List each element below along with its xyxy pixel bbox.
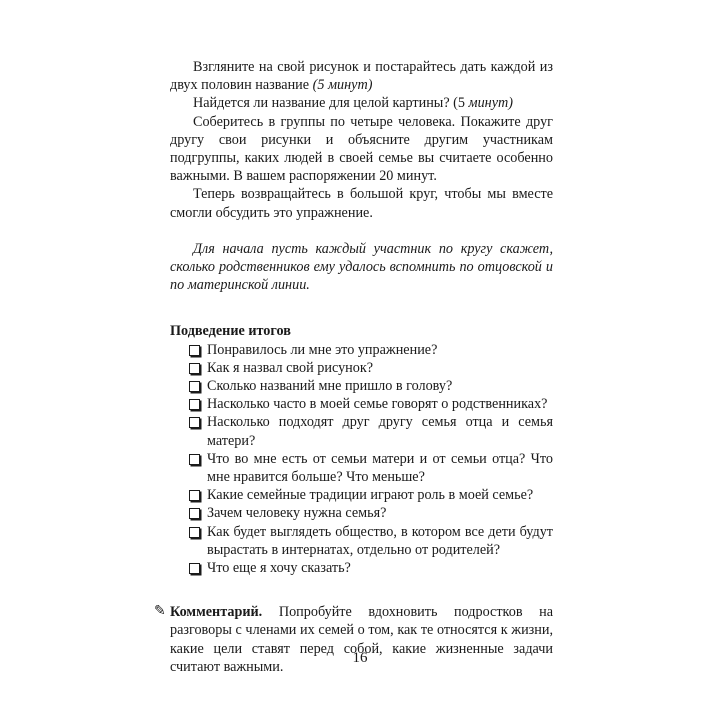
page-body: Взгляните на свой рисунок и постарайтесь… [170, 58, 553, 676]
checkbox-icon [189, 527, 200, 538]
checklist: Понравилось ли мне это упражнение? Как я… [170, 341, 553, 578]
list-item: Как я назвал свой рисунок? [189, 359, 553, 377]
checkbox-icon [189, 381, 200, 392]
list-item: Насколько подходят друг другу семья отца… [189, 413, 553, 449]
checkbox-icon [189, 563, 200, 574]
list-item: Что еще я хочу сказать? [189, 559, 553, 577]
list-item: Что во мне есть от семьи матери и от сем… [189, 450, 553, 486]
checkbox-icon [189, 417, 200, 428]
list-item: Понравилось ли мне это упражнение? [189, 341, 553, 359]
paragraph-1: Взгляните на свой рисунок и постарайтесь… [170, 58, 553, 94]
paragraph-2: Найдется ли название для целой картины? … [170, 94, 553, 112]
list-item: Какие семейные традиции играют роль в мо… [189, 486, 553, 504]
checkbox-icon [189, 345, 200, 356]
page-number: 16 [0, 650, 720, 667]
pencil-icon: ✎ [154, 603, 166, 621]
checkbox-icon [189, 363, 200, 374]
list-item: Насколько часто в моей семье говорят о р… [189, 395, 553, 413]
checkbox-icon [189, 508, 200, 519]
section-heading: Подведение итогов [170, 322, 553, 340]
checkbox-icon [189, 454, 200, 465]
instruction-text: Для начала пусть каждый участник по круг… [170, 240, 553, 295]
list-item: Сколько названий мне пришло в голову? [189, 377, 553, 395]
list-item: Зачем человеку нужна семья? [189, 504, 553, 522]
checkbox-icon [189, 490, 200, 501]
list-item: Как будет выглядеть общество, в котором … [189, 523, 553, 559]
paragraph-4: Теперь возвращайтесь в большой круг, что… [170, 185, 553, 221]
checkbox-icon [189, 399, 200, 410]
paragraph-3: Соберитесь в группы по четыре человека. … [170, 113, 553, 186]
